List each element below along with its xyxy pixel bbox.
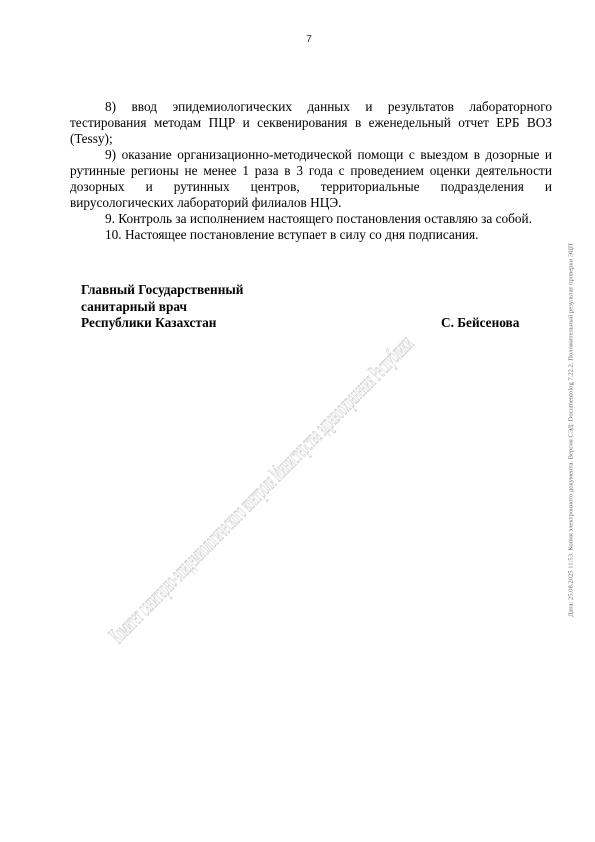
paragraph-item-8: 8) ввод эпидемиологических данных и резу… [70, 99, 552, 147]
paragraph-item-9: 9) оказание организационно-методической … [70, 147, 552, 211]
signatory-name: С. Бейсенова [441, 315, 519, 331]
signatory-title-line-3: Республики Казахстан [81, 315, 243, 332]
side-stamp-text: Дата: 25.08.2025 11:53. Копия электронно… [568, 243, 575, 616]
signatory-title: Главный Государственный санитарный врач … [81, 282, 243, 332]
page-number: 7 [0, 34, 595, 45]
signatory-title-line-2: санитарный врач [81, 299, 243, 316]
watermark-text: Комитет санитарно-эпидемиологического ко… [105, 331, 420, 650]
paragraph-clause-10-effective: 10. Настоящее постановление вступает в с… [70, 227, 552, 243]
signatory-title-line-1: Главный Государственный [81, 282, 243, 299]
document-body: 8) ввод эпидемиологических данных и резу… [70, 99, 552, 243]
paragraph-clause-9-control: 9. Контроль за исполнением настоящего по… [70, 211, 552, 227]
